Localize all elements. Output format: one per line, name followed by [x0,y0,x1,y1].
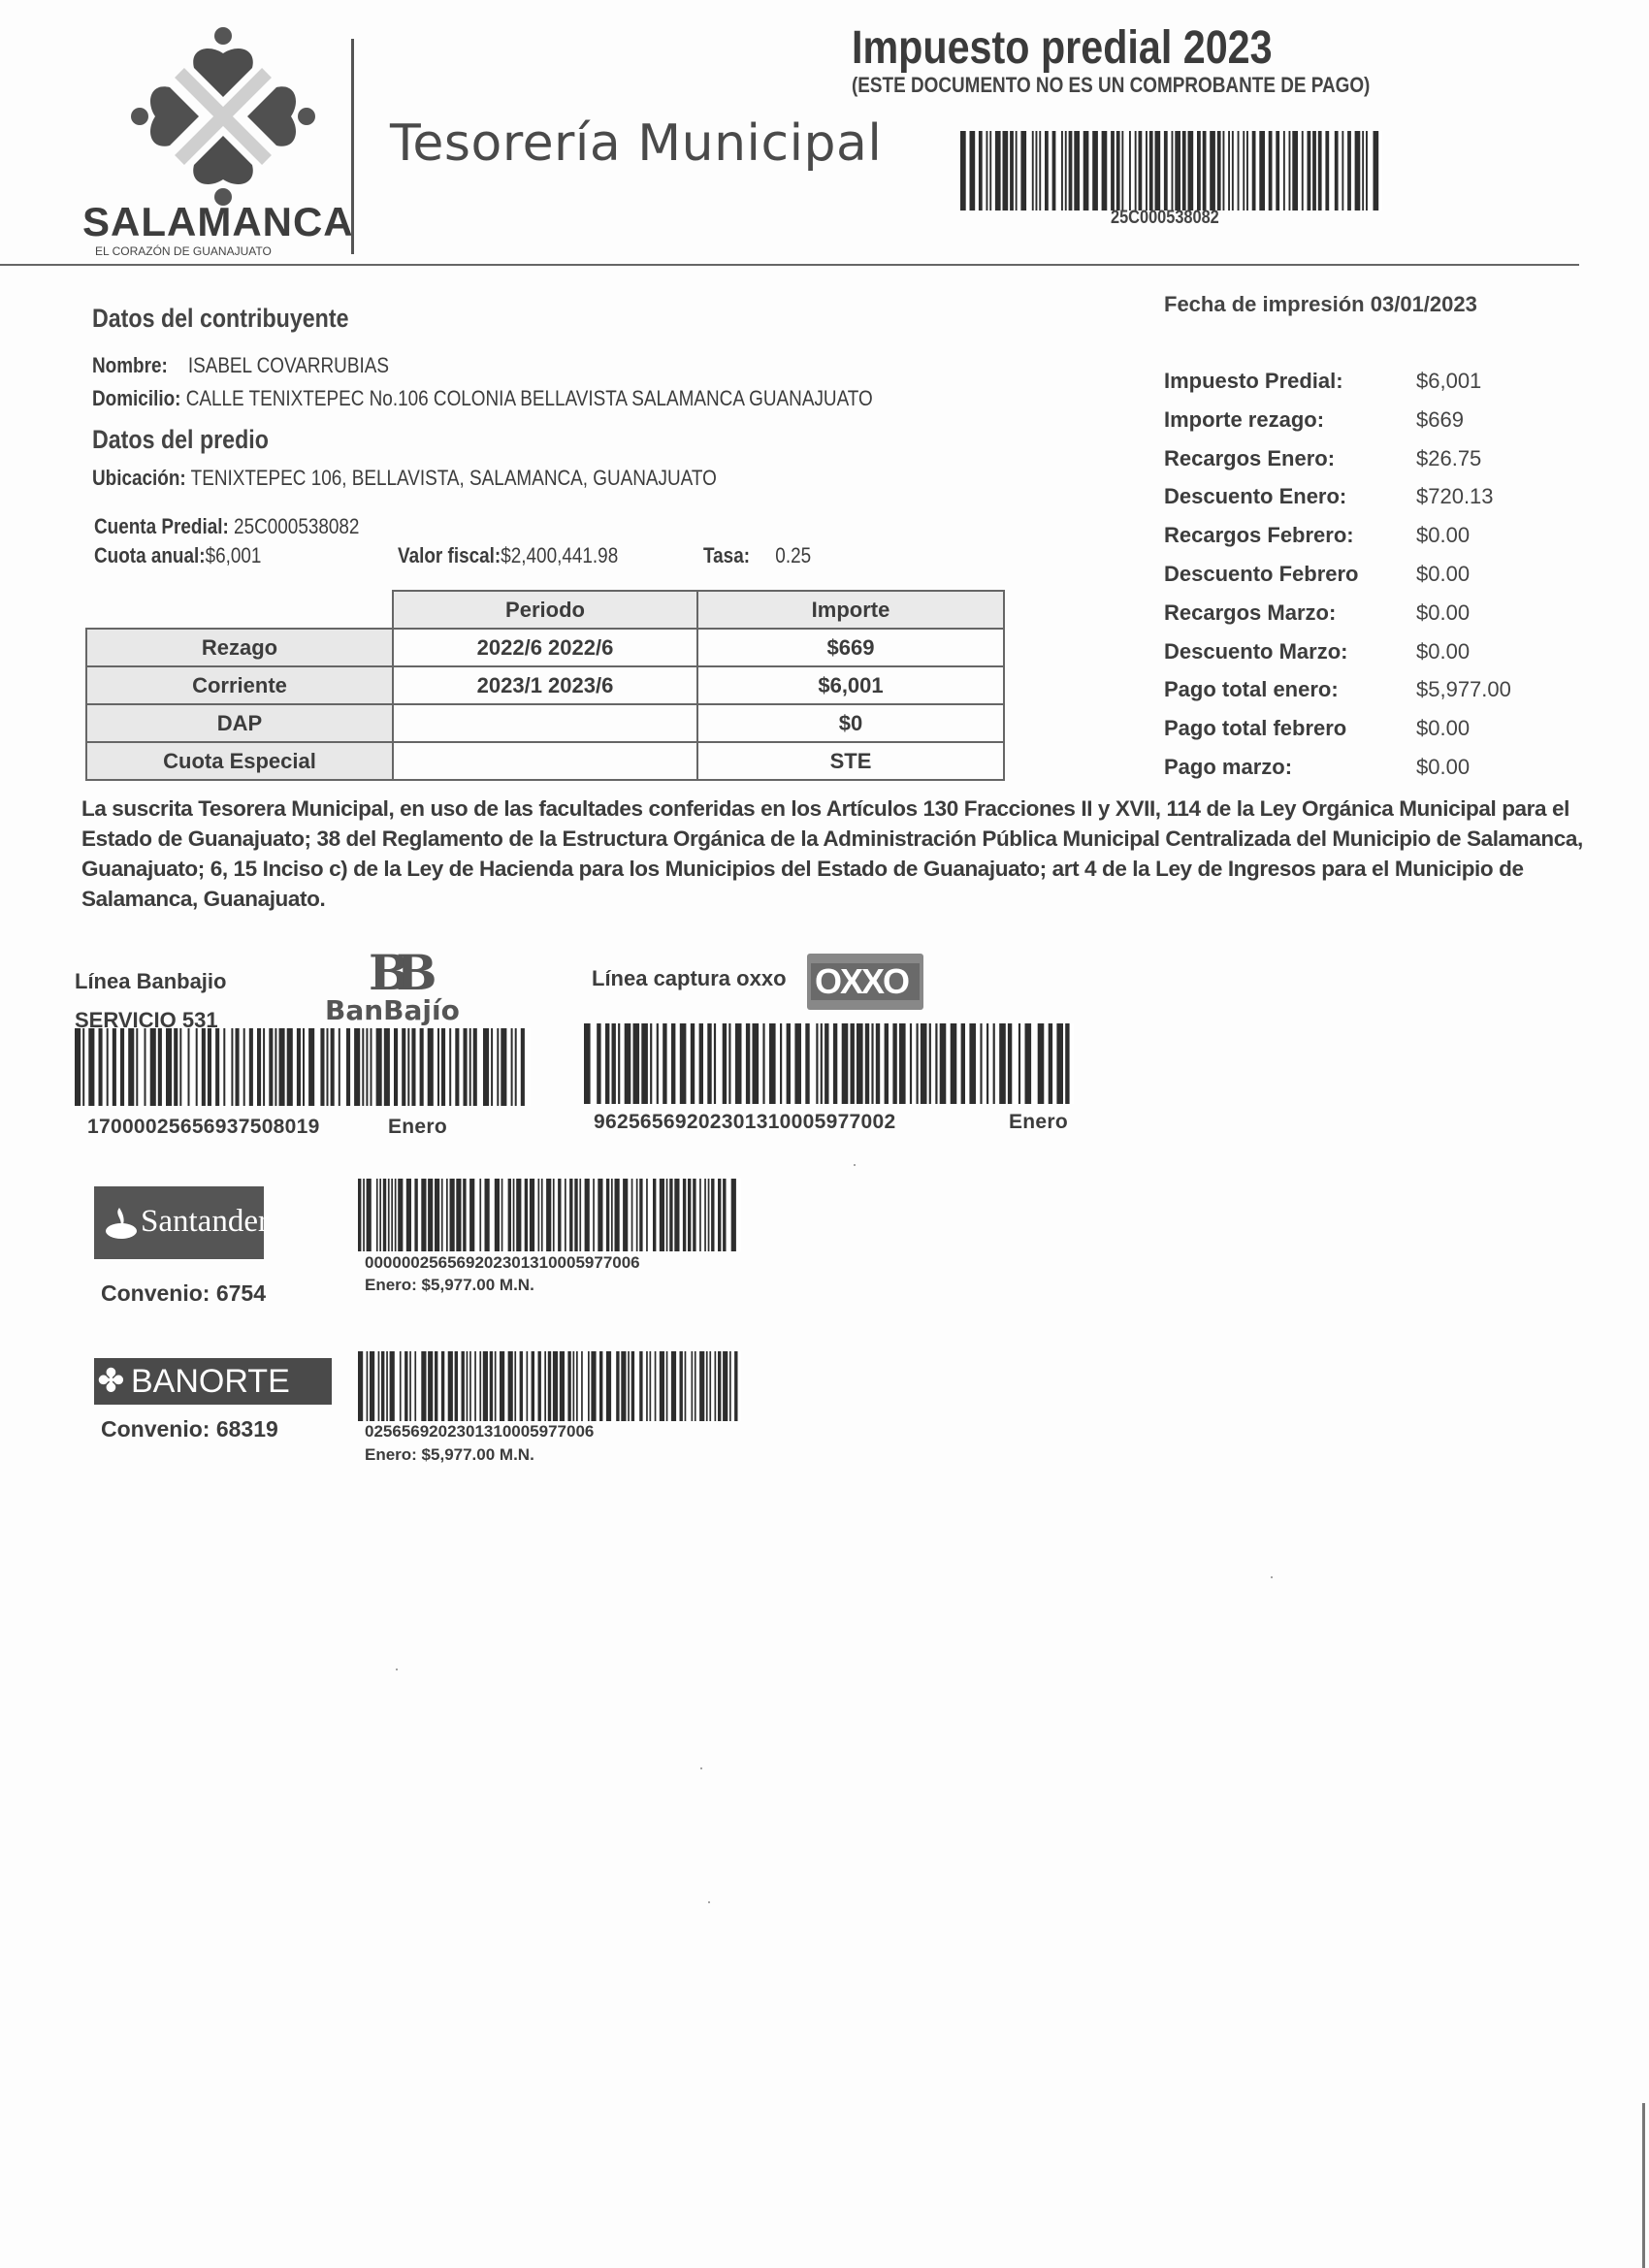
summary-label: Impuesto Predial: [1164,369,1343,394]
cuota-label: Cuota anual: [94,543,206,567]
summary-label: Descuento Marzo: [1164,639,1347,664]
scan-speck [396,1669,398,1670]
print-date: Fecha de impresión 03/01/2023 [1164,292,1477,317]
oxxo-brand: OXXO [815,961,908,1002]
banorte-amount: Enero: $5,977.00 M.N. [365,1445,534,1465]
salamanca-logo-icon [126,24,320,209]
summary-value: $0.00 [1416,523,1470,548]
cuenta-field: Cuenta Predial: 25C000538082 [94,514,359,539]
summary-label: Pago total febrero [1164,716,1346,741]
scan-speck [854,1164,856,1166]
cuota-value: $6,001 [206,543,262,567]
ubicacion-label: Ubicación: [92,466,186,490]
row-importe: $669 [697,629,1004,666]
row-importe: STE [697,742,1004,780]
table-header-row: Periodo Importe [86,591,1004,629]
header-periodo: Periodo [393,591,697,629]
summary-value: $26.75 [1416,446,1481,471]
ubicacion-field: Ubicación: TENIXTEPEC 106, BELLAVISTA, S… [92,466,717,491]
department-name: Tesorería Municipal [390,114,882,173]
valor-value: $2,400,441.98 [501,543,618,567]
nombre-label: Nombre: [92,353,168,377]
summary-label: Recargos Marzo: [1164,600,1336,626]
document-subtitle: (ESTE DOCUMENTO NO ES UN COMPROBANTE DE … [852,73,1370,98]
nombre-value: ISABEL COVARRUBIAS [188,353,389,377]
legal-paragraph: La suscrita Tesorera Municipal, en uso d… [81,794,1595,914]
header-divider [351,39,354,254]
summary-label: Descuento Febrero [1164,562,1359,587]
valor-label: Valor fiscal: [398,543,501,567]
table-row: Rezago 2022/6 2022/6 $669 [86,629,1004,666]
santander-flame-icon [104,1206,139,1241]
summary-value: $669 [1416,407,1464,433]
santander-brand: Santander [141,1204,269,1240]
domicilio-value: CALLE TENIXTEPEC No.106 COLONIA BELLAVIS… [186,386,873,410]
domicilio-field: Domicilio: CALLE TENIXTEPEC No.106 COLON… [92,386,873,411]
account-barcode-value: 25C000538082 [1111,208,1219,229]
document-title: Impuesto predial 2023 [852,21,1273,75]
summary-value: $0.00 [1416,716,1470,741]
tasa-label: Tasa: [703,543,750,567]
periods-table: Periodo Importe Rezago 2022/6 2022/6 $66… [85,590,1005,781]
section-title-contribuyente: Datos del contribuyente [92,304,348,334]
banorte-barcode [358,1351,741,1421]
row-importe: $0 [697,704,1004,742]
summary-label: Recargos Febrero: [1164,523,1354,548]
santander-code: 000000256569202301310005977006 [365,1253,640,1273]
banorte-code: 0256569202301310005977006 [365,1422,594,1442]
summary-value: $0.00 [1416,600,1470,626]
row-concepto: Corriente [86,666,393,704]
header-importe: Importe [697,591,1004,629]
domicilio-label: Domicilio: [92,386,180,410]
oxxo-month: Enero [1009,1111,1068,1134]
row-concepto: Rezago [86,629,393,666]
row-concepto: Cuota Especial [86,742,393,780]
summary-value: $0.00 [1416,639,1470,664]
santander-logo: Santander [94,1186,264,1259]
oxxo-barcode [584,1023,1074,1104]
org-name: SALAMANCA [82,199,354,245]
tasa-field: Tasa: 0.25 [703,543,811,568]
banbajio-month: Enero [388,1116,447,1139]
row-concepto: DAP [86,704,393,742]
account-barcode [960,131,1382,211]
tasa-value: 0.25 [775,543,811,567]
row-periodo [393,742,697,780]
banbajio-line-label: Línea Banbajio [75,969,226,994]
santander-amount: Enero: $5,977.00 M.N. [365,1276,534,1295]
banbajio-bb-icon: BB [369,944,424,1001]
banorte-convenio: Convenio: 68319 [101,1416,278,1442]
summary-label: Pago marzo: [1164,755,1292,780]
summary-label: Pago total enero: [1164,677,1339,702]
print-date-value: 03/01/2023 [1371,292,1477,316]
org-slogan: EL CORAZÓN DE GUANAJUATO [95,244,272,258]
header-rule [0,264,1579,266]
ubicacion-value: TENIXTEPEC 106, BELLAVISTA, SALAMANCA, G… [191,466,717,490]
santander-barcode [358,1179,741,1251]
valor-field: Valor fiscal:$2,400,441.98 [398,543,618,568]
print-date-label: Fecha de impresión [1164,292,1365,316]
banorte-logo: ✤ BANORTE [94,1358,332,1405]
summary-value: $0.00 [1416,755,1470,780]
scan-speck [708,1901,710,1903]
summary-value: $6,001 [1416,369,1481,394]
row-periodo [393,704,697,742]
oxxo-logo: OXXO [807,954,928,1012]
cuota-field: Cuota anual:$6,001 [94,543,261,568]
scan-speck [700,1767,702,1769]
section-title-predio: Datos del predio [92,425,269,455]
summary-label: Importe rezago: [1164,407,1324,433]
banorte-symbol-icon: ✤ [98,1362,124,1399]
nombre-field: Nombre: ISABEL COVARRUBIAS [92,353,389,378]
banbajio-logo: BB BanBajío [320,946,475,1028]
santander-convenio: Convenio: 6754 [101,1280,266,1307]
table-row: Cuota Especial STE [86,742,1004,780]
summary-label: Descuento Enero: [1164,484,1346,509]
row-periodo: 2023/1 2023/6 [393,666,697,704]
scan-edge-line [1642,2103,1645,2268]
summary-value: $0.00 [1416,562,1470,587]
summary-value: $5,977.00 [1416,677,1511,702]
summary-value: $720.13 [1416,484,1494,509]
banbajio-code: 17000025656937508019 [87,1116,320,1139]
row-periodo: 2022/6 2022/6 [393,629,697,666]
summary-label: Recargos Enero: [1164,446,1335,471]
oxxo-line-label: Línea captura oxxo [592,966,787,991]
banbajio-brand: BanBajío [325,994,460,1026]
scan-speck [1271,1576,1273,1578]
cuenta-value: 25C000538082 [234,514,359,538]
cuenta-label: Cuenta Predial: [94,514,229,538]
banbajio-barcode [75,1028,531,1106]
row-importe: $6,001 [697,666,1004,704]
table-row: DAP $0 [86,704,1004,742]
banorte-brand: BANORTE [131,1363,290,1401]
oxxo-code: 96256569202301310005977002 [594,1111,895,1134]
table-row: Corriente 2023/1 2023/6 $6,001 [86,666,1004,704]
